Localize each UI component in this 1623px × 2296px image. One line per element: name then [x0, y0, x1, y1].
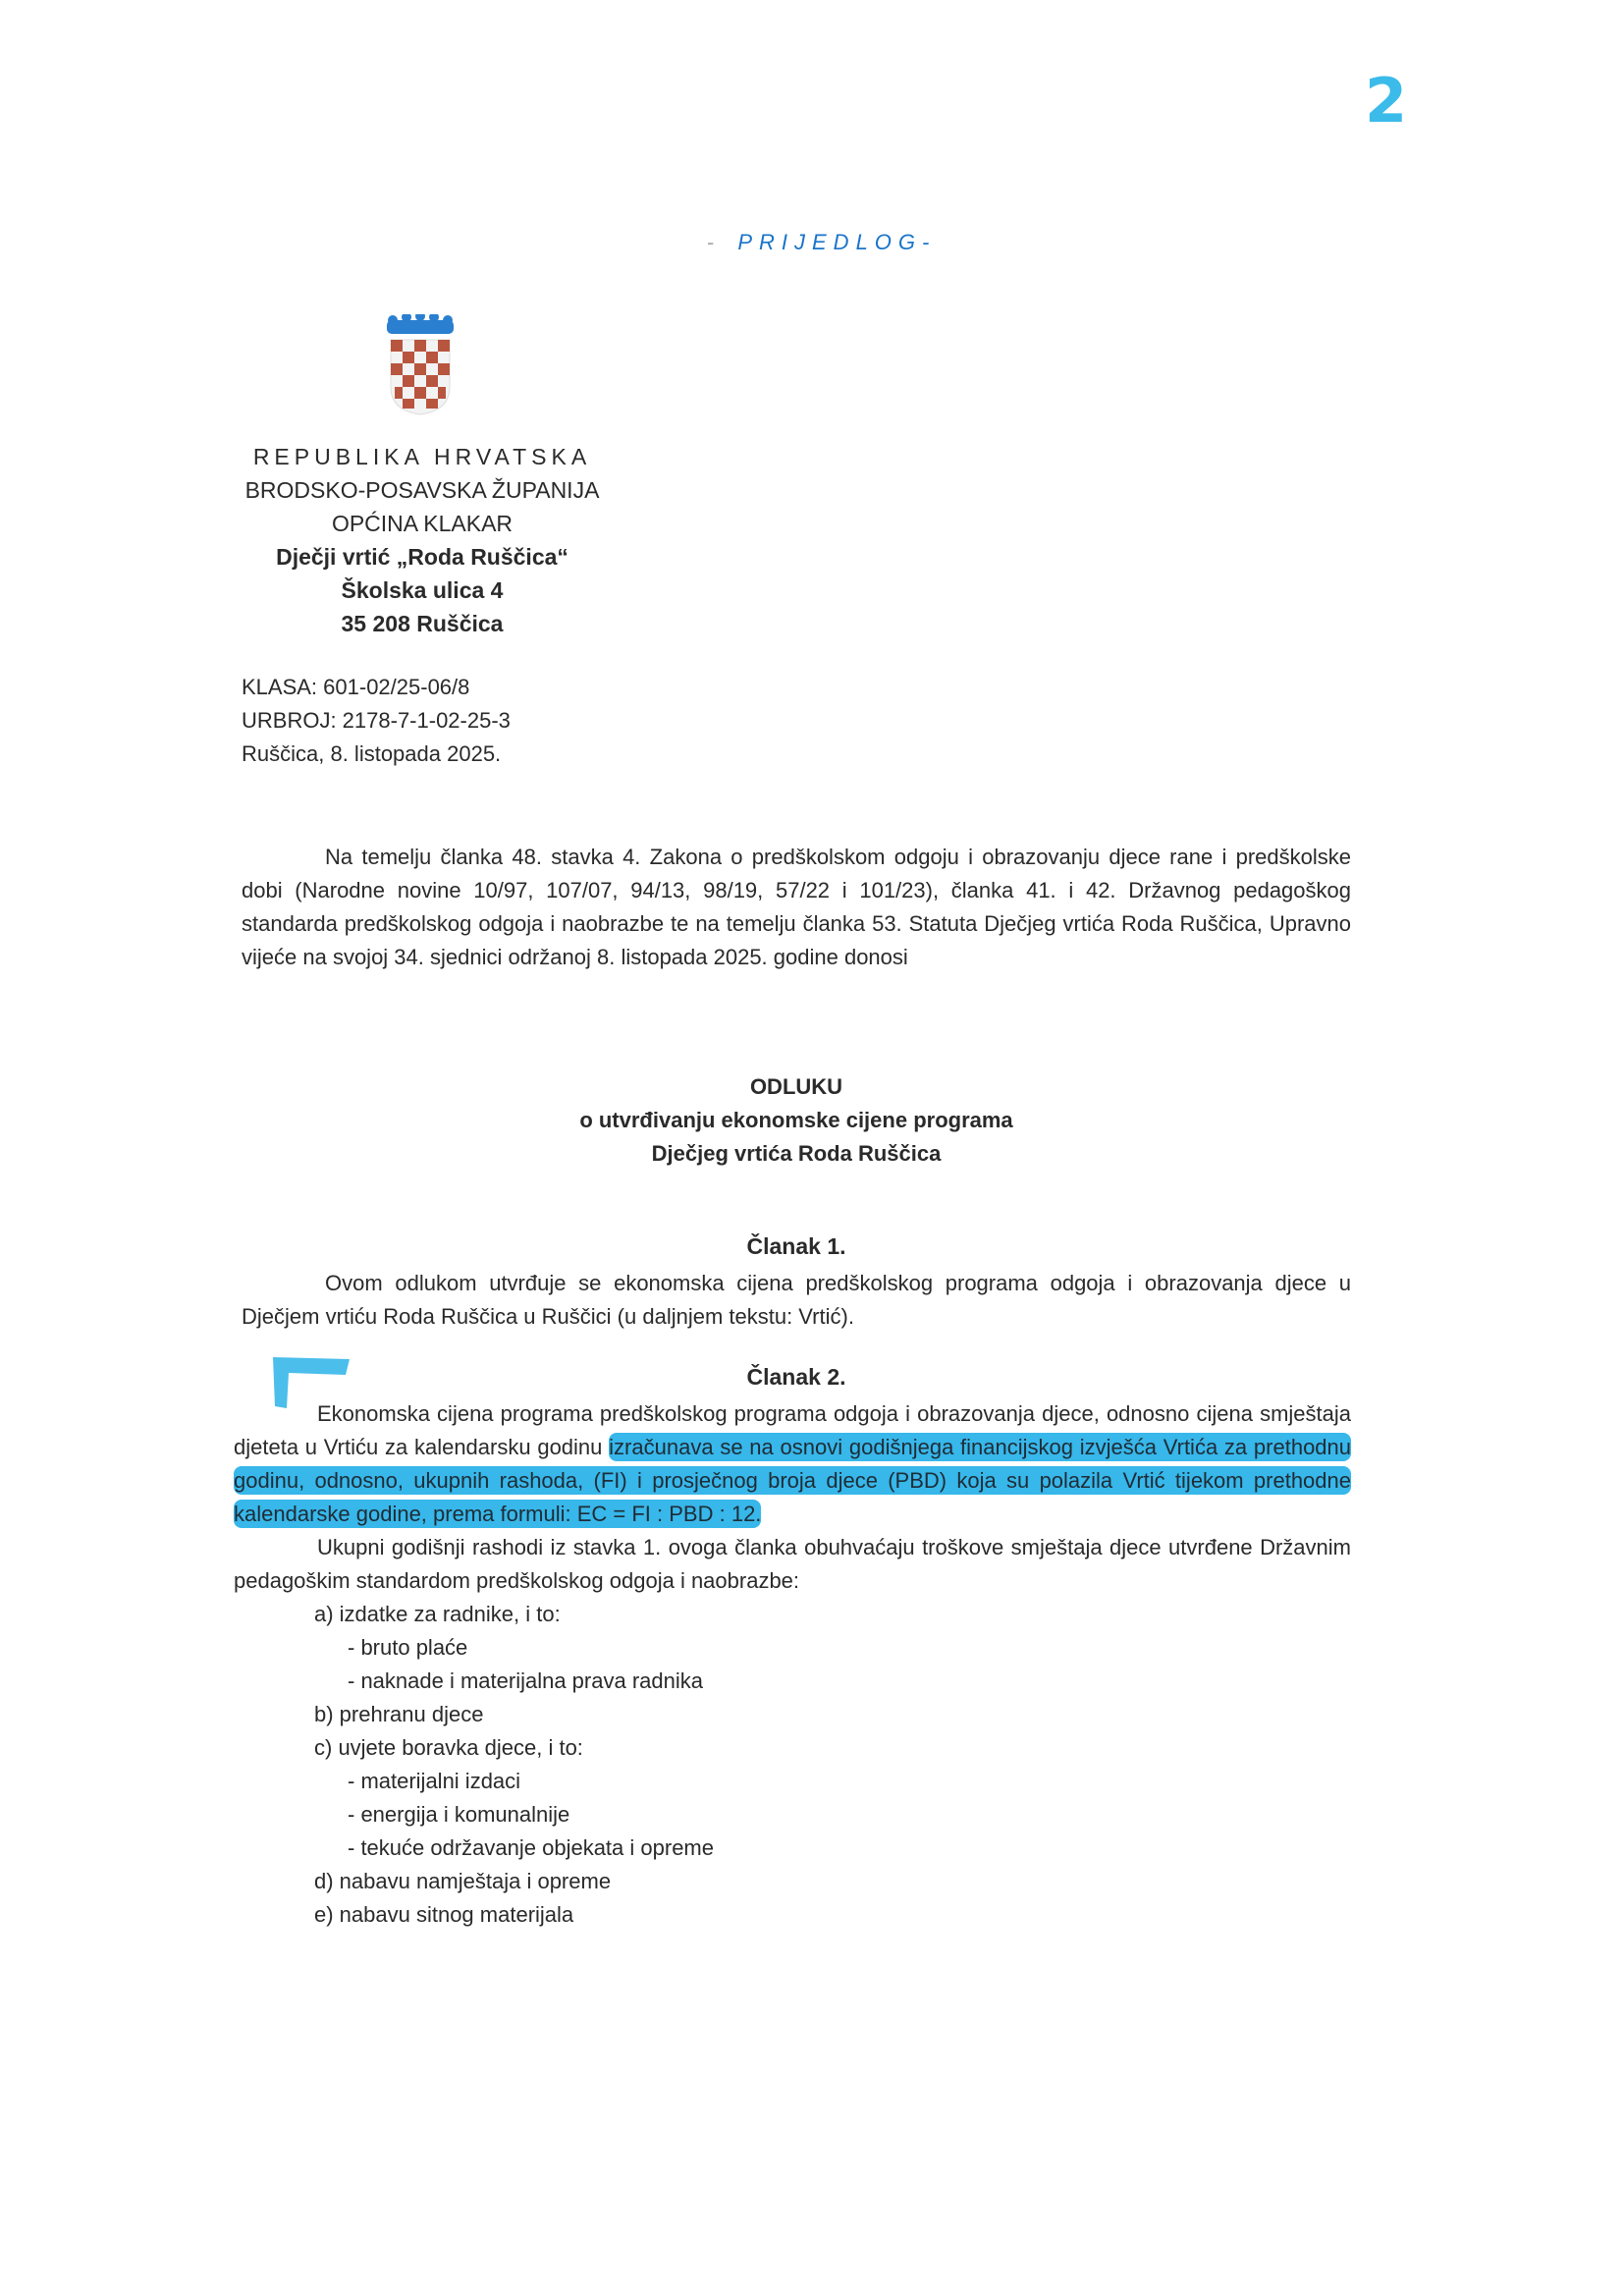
article-1-text: Ovom odlukom utvrđuje se ekonomska cijen…	[242, 1267, 1351, 1334]
expense-item: e) nabavu sitnog materijala	[314, 1898, 714, 1932]
article-2-paragraph-1: Ekonomska cijena programa predškolskog p…	[234, 1397, 1351, 1531]
handwritten-page-number: 2	[1365, 65, 1407, 137]
institution-street: Školska ulica 4	[226, 574, 619, 607]
expense-item: a) izdatke za radnike, i to:	[314, 1598, 714, 1631]
decision-title-block: ODLUKU o utvrđivanju ekonomske cijene pr…	[242, 1070, 1351, 1171]
croatian-coat-of-arms-icon	[383, 314, 458, 416]
expense-subitem: - materijalni izdaci	[314, 1765, 714, 1798]
institution-name: Dječji vrtić „Roda Ruščica“	[226, 540, 619, 574]
expense-subitem: - naknade i materijalna prava radnika	[314, 1665, 714, 1698]
article-2-paragraph-2: Ukupni godišnji rashodi iz stavka 1. ovo…	[234, 1531, 1351, 1598]
decision-title: ODLUKU	[242, 1070, 1351, 1104]
institution-postal: 35 208 Ruščica	[226, 607, 619, 640]
municipality-name: OPĆINA KLAKAR	[226, 507, 619, 540]
document-reference: KLASA: 601-02/25-06/8 URBROJ: 2178-7-1-0…	[242, 671, 511, 771]
expense-item: c) uvjete boravka djece, i to:	[314, 1731, 714, 1765]
proposal-prefix: -	[707, 230, 714, 254]
klasa: KLASA: 601-02/25-06/8	[242, 671, 511, 704]
country-name: REPUBLIKA HRVATSKA	[226, 440, 619, 473]
proposal-label: -PRIJEDLOG-	[707, 230, 936, 255]
place-date: Ruščica, 8. listopada 2025.	[242, 738, 511, 771]
expense-item: d) nabavu namještaja i opreme	[314, 1865, 714, 1898]
urbroj: URBROJ: 2178-7-1-02-25-3	[242, 704, 511, 738]
expense-list: a) izdatke za radnike, i to:- bruto plać…	[314, 1598, 714, 1932]
article-1-title: Članak 1.	[242, 1233, 1351, 1260]
decision-subtitle: o utvrđivanju ekonomske cijene programa	[242, 1104, 1351, 1137]
article-2-text: Ekonomska cijena programa predškolskog p…	[234, 1397, 1351, 1598]
county-name: BRODSKO-POSAVSKA ŽUPANIJA	[226, 473, 619, 507]
proposal-text: PRIJEDLOG-	[737, 230, 936, 254]
expense-subitem: - bruto plaće	[314, 1631, 714, 1665]
legal-basis-paragraph: Na temelju članka 48. stavka 4. Zakona o…	[242, 841, 1351, 974]
expense-subitem: - energija i komunalnije	[314, 1798, 714, 1831]
expense-item: b) prehranu djece	[314, 1698, 714, 1731]
decision-subject: Dječjeg vrtića Roda Ruščica	[242, 1137, 1351, 1171]
institution-header: REPUBLIKA HRVATSKA BRODSKO-POSAVSKA ŽUPA…	[226, 440, 619, 640]
expense-subitem: - tekuće održavanje objekata i opreme	[314, 1831, 714, 1865]
article-2-title: Članak 2.	[242, 1364, 1351, 1391]
